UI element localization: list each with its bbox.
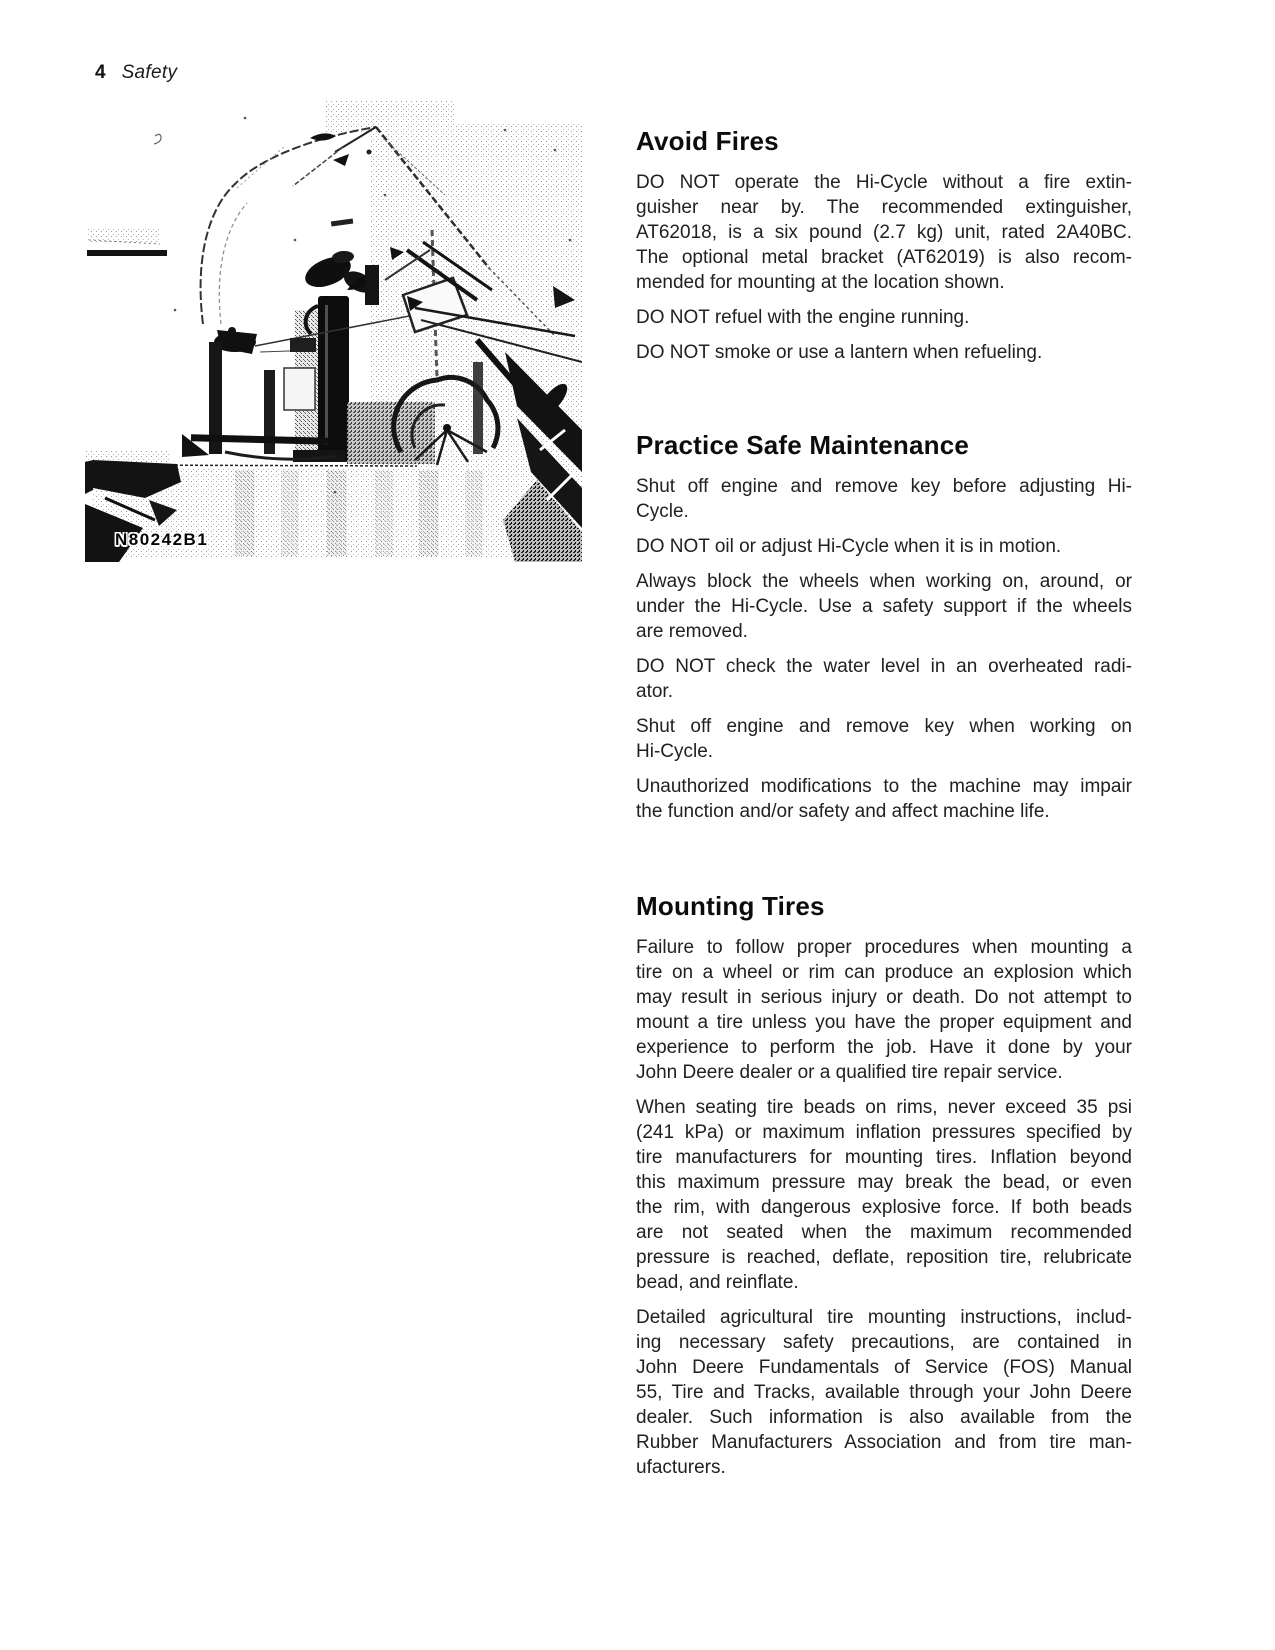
text-line: When seating tire beads on rims, never e… (636, 1095, 1132, 1120)
text-line: Always block the wheels when working on,… (636, 569, 1132, 594)
paragraph: Shut off engine and remove key before ad… (636, 474, 1132, 524)
section-heading: Avoid Fires (636, 126, 1132, 156)
paragraph: Always block the wheels when working on,… (636, 569, 1132, 644)
page-number: 4 (95, 62, 106, 84)
text-line: Cycle. (636, 499, 1132, 524)
paragraph: Unauthorized modifications to the machin… (636, 774, 1132, 824)
text-line: The optional metal bracket (AT62019) is … (636, 245, 1132, 270)
text-line: may result in serious injury or death. D… (636, 985, 1132, 1010)
photo-id-label: N80242B1 (115, 530, 208, 550)
text-line: John Deere Fundamentals of Service (FOS)… (636, 1355, 1132, 1380)
paragraph: Detailed agricultural tire mounting inst… (636, 1305, 1132, 1480)
paragraph: DO NOT refuel with the engine running. (636, 305, 1132, 330)
machine-photo: N80242B1 (85, 100, 582, 562)
section-practice-safe-maintenance: Practice Safe Maintenance Shut off engin… (636, 430, 1132, 824)
text-line: DO NOT check the water level in an overh… (636, 654, 1132, 679)
text-line: Hi-Cycle. (636, 739, 1132, 764)
paragraph: Shut off engine and remove key when work… (636, 714, 1132, 764)
text-line: bead, and reinflate. (636, 1270, 1132, 1295)
text-line: are not seated when the maximum recommen… (636, 1220, 1132, 1245)
paragraph: When seating tire beads on rims, never e… (636, 1095, 1132, 1295)
section-avoid-fires: Avoid Fires DO NOT operate the Hi-Cycle … (636, 126, 1132, 365)
text-line: mended for mounting at the location show… (636, 270, 1132, 295)
section-heading: Mounting Tires (636, 891, 1132, 921)
text-line: the rim, with dangerous explosive force.… (636, 1195, 1132, 1220)
section-body: Failure to follow proper procedures when… (636, 935, 1132, 1480)
paragraph: Failure to follow proper procedures when… (636, 935, 1132, 1085)
text-line: experience to perform the job. Have it d… (636, 1035, 1132, 1060)
section-body: Shut off engine and remove key before ad… (636, 474, 1132, 824)
page-header: 4 Safety (95, 62, 177, 84)
paragraph: DO NOT check the water level in an overh… (636, 654, 1132, 704)
text-line: under the Hi-Cycle. Use a safety support… (636, 594, 1132, 619)
text-line: Unauthorized modifications to the machin… (636, 774, 1132, 799)
text-line: DO NOT refuel with the engine running. (636, 305, 1132, 330)
text-line: DO NOT smoke or use a lantern when refue… (636, 340, 1132, 365)
section-heading: Practice Safe Maintenance (636, 430, 1132, 460)
text-line: pressure is reached, deflate, reposition… (636, 1245, 1132, 1270)
text-line: are removed. (636, 619, 1132, 644)
text-line: tire manufacturers for mounting tires. I… (636, 1145, 1132, 1170)
text-line: 55, Tire and Tracks, available through y… (636, 1380, 1132, 1405)
text-line: ator. (636, 679, 1132, 704)
text-line: John Deere dealer or a qualified tire re… (636, 1060, 1132, 1085)
text-line: Shut off engine and remove key before ad… (636, 474, 1132, 499)
text-line: DO NOT operate the Hi-Cycle without a fi… (636, 170, 1132, 195)
text-line: guisher near by. The recommended extingu… (636, 195, 1132, 220)
section-body: DO NOT operate the Hi-Cycle without a fi… (636, 170, 1132, 365)
text-line: (241 kPa) or maximum inflation pressures… (636, 1120, 1132, 1145)
text-line: AT62018, is a six pound (2.7 kg) unit, r… (636, 220, 1132, 245)
text-line: ufacturers. (636, 1455, 1132, 1480)
section-mounting-tires: Mounting Tires Failure to follow proper … (636, 891, 1132, 1480)
paragraph: DO NOT operate the Hi-Cycle without a fi… (636, 170, 1132, 295)
text-line: mount a tire unless you have the proper … (636, 1010, 1132, 1035)
text-line: the function and/or safety and affect ma… (636, 799, 1132, 824)
paragraph: DO NOT oil or adjust Hi-Cycle when it is… (636, 534, 1132, 559)
text-line: Detailed agricultural tire mounting inst… (636, 1305, 1132, 1330)
text-line: Shut off engine and remove key when work… (636, 714, 1132, 739)
text-line: this maximum pressure may break the bead… (636, 1170, 1132, 1195)
header-section-title: Safety (122, 62, 178, 84)
machine-photo-illustration (85, 100, 582, 562)
text-line: Rubber Manufacturers Association and fro… (636, 1430, 1132, 1455)
paragraph: DO NOT smoke or use a lantern when refue… (636, 340, 1132, 365)
text-line: ing necessary safety precautions, are co… (636, 1330, 1132, 1355)
text-line: dealer. Such information is also availab… (636, 1405, 1132, 1430)
text-line: Failure to follow proper procedures when… (636, 935, 1132, 960)
text-line: DO NOT oil or adjust Hi-Cycle when it is… (636, 534, 1132, 559)
text-line: tire on a wheel or rim can produce an ex… (636, 960, 1132, 985)
